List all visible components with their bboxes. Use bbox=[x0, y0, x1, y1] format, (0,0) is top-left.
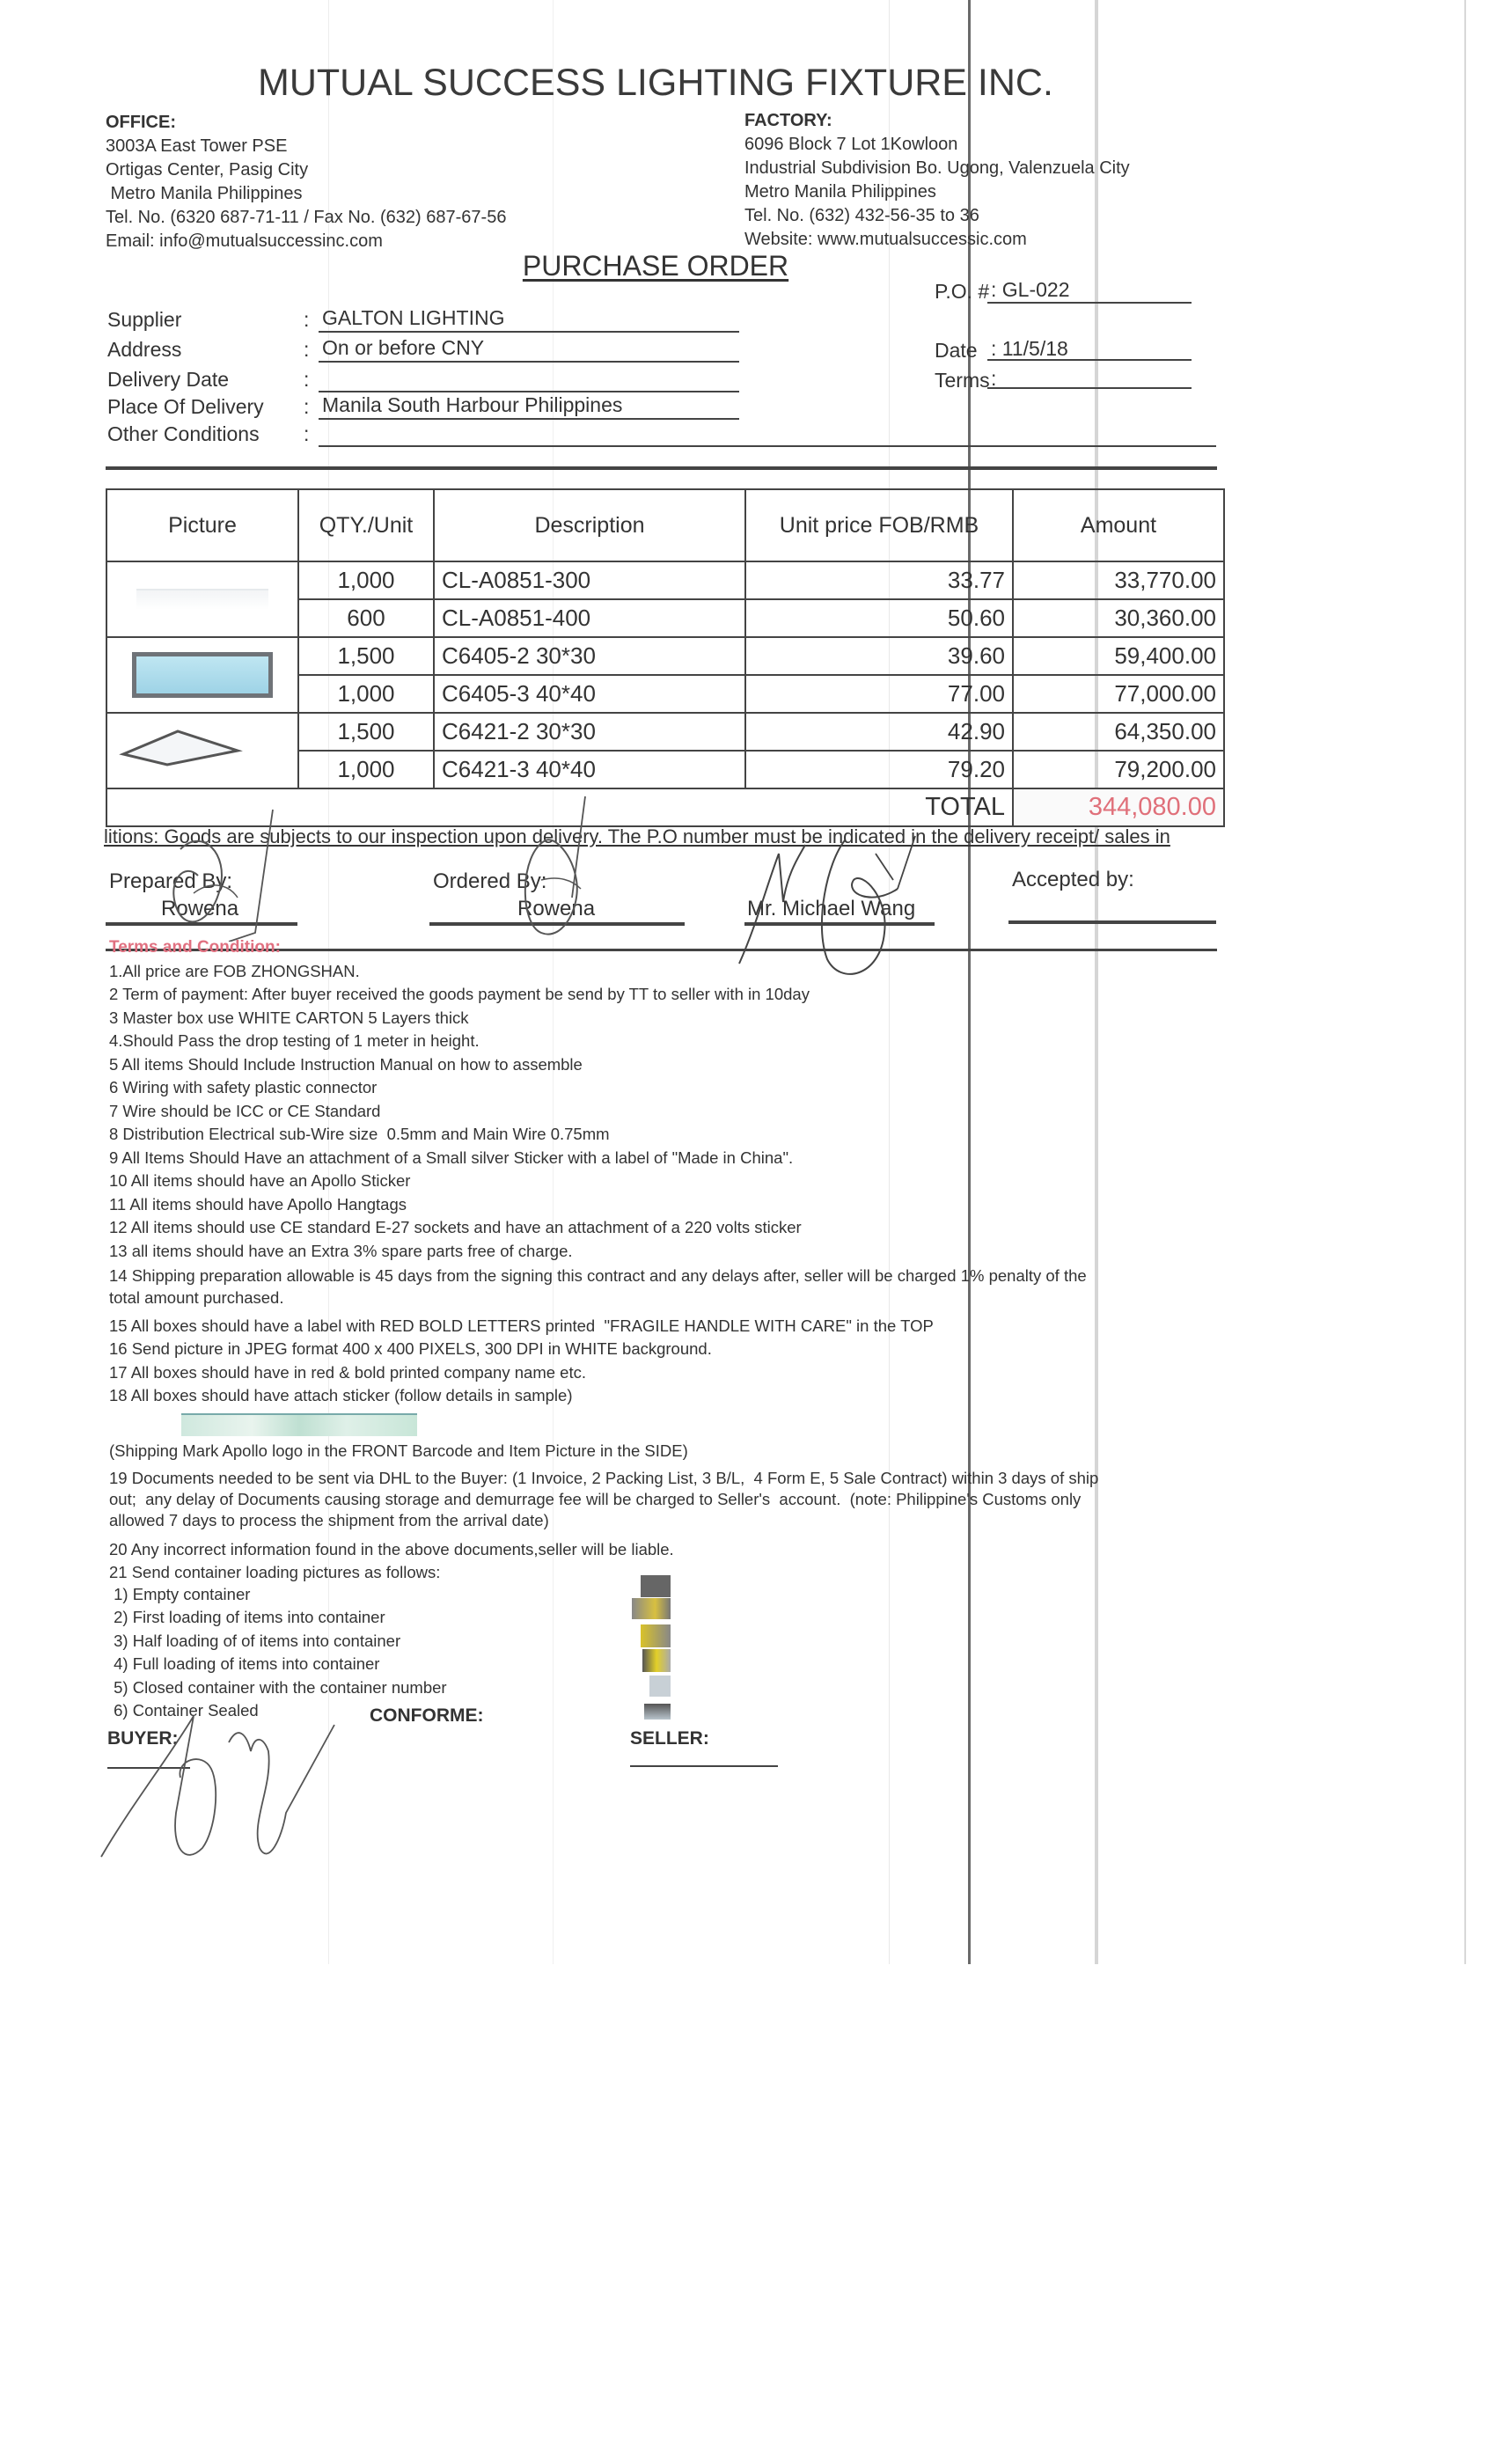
total-value: 344,080.00 bbox=[1013, 788, 1224, 826]
amount-cell: 64,350.00 bbox=[1013, 713, 1224, 751]
qty-cell: 1,000 bbox=[298, 561, 434, 599]
term-item: 3 Master box use WHITE CARTON 5 Layers t… bbox=[109, 1007, 1098, 1030]
description-cell: C6405-3 40*40 bbox=[434, 675, 745, 713]
prepared-by-line bbox=[106, 922, 297, 926]
factory-line: Tel. No. (632) 432-56-35 to 36 bbox=[744, 204, 1130, 228]
factory-line: 6096 Block 7 Lot 1Kowloon bbox=[744, 133, 1130, 157]
column-header-qty: QTY./Unit bbox=[298, 489, 434, 561]
office-line: 3003A East Tower PSE bbox=[106, 135, 506, 158]
factory-line: Industrial Subdivision Bo. Ugong, Valenz… bbox=[744, 157, 1130, 180]
date-value: : 11/5/18 bbox=[991, 337, 1068, 361]
shipping-mark-note: (Shipping Mark Apollo logo in the FRONT … bbox=[109, 1440, 1098, 1463]
field-value: Manila South Harbour Philippines bbox=[322, 393, 622, 417]
term-item: 2 Term of payment: After buyer received … bbox=[109, 983, 1098, 1007]
amount-cell: 77,000.00 bbox=[1013, 675, 1224, 713]
accepted-by-line bbox=[1008, 920, 1216, 924]
term-item: 6 Wiring with safety plastic connector bbox=[109, 1076, 1098, 1100]
items-table: Picture QTY./Unit Description Unit price… bbox=[106, 488, 1225, 827]
factory-line: Website: www.mutualsuccessic.com bbox=[744, 228, 1130, 252]
seller-label: SELLER: bbox=[630, 1728, 709, 1749]
picture-cell bbox=[106, 561, 298, 637]
field-underline bbox=[319, 361, 739, 363]
field-colon: : bbox=[304, 395, 309, 419]
term-item: 18 All boxes should have attach sticker … bbox=[109, 1384, 1098, 1408]
shipping-mark-image-row bbox=[109, 1408, 1098, 1440]
description-cell: CL-A0851-300 bbox=[434, 561, 745, 599]
factory-line: Metro Manila Philippines bbox=[744, 180, 1130, 204]
description-cell: C6405-2 30*30 bbox=[434, 637, 745, 675]
term-item-19-line: out; any delay of Documents causing stor… bbox=[109, 1489, 1098, 1510]
po-number-underline bbox=[987, 302, 1192, 304]
terms-heading: Terms and Condition: bbox=[109, 936, 1098, 960]
date-label: Date bbox=[935, 339, 978, 363]
loading-step: 2) First loading of items into container bbox=[109, 1606, 1098, 1630]
date-underline bbox=[987, 359, 1192, 361]
term-item: 10 All items should have an Apollo Stick… bbox=[109, 1170, 1098, 1193]
ordered-by-label: Ordered By: bbox=[433, 869, 546, 894]
loading-step: 1) Empty container bbox=[109, 1583, 1098, 1607]
column-header-amount: Amount bbox=[1013, 489, 1224, 561]
factory-heading: FACTORY: bbox=[744, 109, 1130, 133]
qty-cell: 1,000 bbox=[298, 751, 434, 788]
field-label: Supplier bbox=[107, 308, 181, 332]
office-heading: OFFICE: bbox=[106, 111, 506, 135]
term-item-19-line: allowed 7 days to process the shipment f… bbox=[109, 1510, 1098, 1531]
container-loading-images bbox=[632, 1575, 676, 1732]
loading-step: 5) Closed container with the container n… bbox=[109, 1676, 1098, 1700]
seller-signature-line bbox=[630, 1765, 778, 1767]
factory-block: FACTORY: 6096 Block 7 Lot 1Kowloon Indus… bbox=[744, 109, 1130, 252]
amount-cell: 33,770.00 bbox=[1013, 561, 1224, 599]
field-value: On or before CNY bbox=[322, 336, 484, 360]
total-row: TOTAL 344,080.00 bbox=[106, 788, 1224, 826]
amount-cell: 59,400.00 bbox=[1013, 637, 1224, 675]
terms-label: Terms bbox=[935, 369, 990, 392]
description-cell: CL-A0851-400 bbox=[434, 599, 745, 637]
field-underline bbox=[319, 418, 739, 420]
approver-name: Mr. Michael Wang bbox=[747, 897, 915, 921]
field-colon: : bbox=[304, 338, 309, 362]
term-item: 4.Should Pass the drop testing of 1 mete… bbox=[109, 1030, 1098, 1053]
term-item: 15 All boxes should have a label with RE… bbox=[109, 1315, 1098, 1338]
total-label: TOTAL bbox=[106, 788, 1013, 826]
term-item: 11 All items should have Apollo Hangtags bbox=[109, 1193, 1098, 1217]
term-item: 9 All Items Should Have an attachment of… bbox=[109, 1147, 1098, 1170]
table-row: 1,500C6421-2 30*3042.9064,350.00 bbox=[106, 713, 1224, 751]
field-label: Place Of Delivery bbox=[107, 395, 264, 419]
field-label: Delivery Date bbox=[107, 368, 229, 392]
document-title: PURCHASE ORDER bbox=[0, 250, 1311, 282]
prepared-by-name: Rowena bbox=[161, 897, 238, 921]
field-underline bbox=[319, 391, 739, 392]
term-item: 16 Send picture in JPEG format 400 x 400… bbox=[109, 1338, 1098, 1361]
column-header-description: Description bbox=[434, 489, 745, 561]
unit-price-cell: 79.20 bbox=[745, 751, 1013, 788]
field-underline bbox=[319, 331, 739, 333]
approver-line bbox=[744, 922, 935, 926]
amount-cell: 30,360.00 bbox=[1013, 599, 1224, 637]
term-item-19-line: 19 Documents needed to be sent via DHL t… bbox=[109, 1468, 1098, 1489]
field-colon: : bbox=[304, 368, 309, 392]
company-name: MUTUAL SUCCESS LIGHTING FIXTURE INC. bbox=[0, 62, 1311, 105]
square-panel-light-image bbox=[132, 652, 273, 698]
qty-cell: 1,000 bbox=[298, 675, 434, 713]
picture-cell bbox=[106, 637, 298, 713]
term-item-21: 21 Send container loading pictures as fo… bbox=[109, 1562, 1098, 1583]
table-row: 1,000CL-A0851-30033.7733,770.00 bbox=[106, 561, 1224, 599]
table-row: 1,500C6405-2 30*3039.6059,400.00 bbox=[106, 637, 1224, 675]
loading-step: 4) Full loading of items into container bbox=[109, 1653, 1098, 1676]
office-line: Tel. No. (6320 687-71-11 / Fax No. (632)… bbox=[106, 206, 506, 230]
flat-panel-light-image bbox=[136, 589, 268, 610]
qty-cell: 600 bbox=[298, 599, 434, 637]
office-line: Ortigas Center, Pasig City bbox=[106, 158, 506, 182]
unit-price-cell: 50.60 bbox=[745, 599, 1013, 637]
qty-cell: 1,500 bbox=[298, 637, 434, 675]
description-cell: C6421-2 30*30 bbox=[434, 713, 745, 751]
field-colon: : bbox=[304, 422, 309, 446]
term-item-14: 14 Shipping preparation allowable is 45 … bbox=[109, 1265, 1098, 1308]
ordered-by-name: Rowena bbox=[517, 897, 595, 921]
field-label: Address bbox=[107, 338, 181, 362]
term-item-20: 20 Any incorrect information found in th… bbox=[109, 1538, 1098, 1562]
office-block: OFFICE: 3003A East Tower PSE Ortigas Cen… bbox=[106, 111, 506, 253]
column-header-picture: Picture bbox=[106, 489, 298, 561]
amount-cell: 79,200.00 bbox=[1013, 751, 1224, 788]
po-number-label: P.O. # bbox=[935, 280, 989, 304]
conforme-label: CONFORME: bbox=[370, 1705, 484, 1727]
section-divider bbox=[106, 466, 1217, 470]
terms-underline bbox=[987, 387, 1192, 389]
term-item-14-line: 14 Shipping preparation allowable is 45 … bbox=[109, 1265, 1098, 1288]
term-item: 12 All items should use CE standard E-27… bbox=[109, 1216, 1098, 1240]
other-conditions-underline bbox=[319, 445, 1216, 447]
term-item: 1.All price are FOB ZHONGSHAN. bbox=[109, 960, 1098, 984]
terms-section: Terms and Condition: 1.All price are FOB… bbox=[109, 936, 1098, 1723]
qty-cell: 1,500 bbox=[298, 713, 434, 751]
ceiling-panel-light-image bbox=[114, 726, 290, 776]
term-item: 13 all items should have an Extra 3% spa… bbox=[109, 1240, 1098, 1264]
term-item: 8 Distribution Electrical sub-Wire size … bbox=[109, 1123, 1098, 1147]
table-header-row: Picture QTY./Unit Description Unit price… bbox=[106, 489, 1224, 561]
conditions-note: litions: Goods are subjects to our inspe… bbox=[104, 825, 1170, 848]
loading-step: 6) Container Sealed bbox=[109, 1699, 1098, 1723]
buyer-signature-line bbox=[107, 1767, 190, 1769]
shipping-mark-sample-image bbox=[181, 1413, 417, 1436]
scan-line-faint bbox=[1464, 0, 1466, 1964]
loading-step: 3) Half loading of of items into contain… bbox=[109, 1630, 1098, 1654]
column-header-unit-price: Unit price FOB/RMB bbox=[745, 489, 1013, 561]
description-cell: C6421-3 40*40 bbox=[434, 751, 745, 788]
accepted-by-label: Accepted by: bbox=[1012, 868, 1134, 892]
unit-price-cell: 77.00 bbox=[745, 675, 1013, 713]
field-colon: : bbox=[304, 308, 309, 332]
office-line: Metro Manila Philippines bbox=[106, 182, 506, 206]
term-item: 17 All boxes should have in red & bold p… bbox=[109, 1361, 1098, 1385]
unit-price-cell: 42.90 bbox=[745, 713, 1013, 751]
prepared-by-label: Prepared By: bbox=[109, 869, 232, 894]
picture-cell bbox=[106, 713, 298, 788]
field-value: GALTON LIGHTING bbox=[322, 306, 504, 330]
unit-price-cell: 39.60 bbox=[745, 637, 1013, 675]
term-item-14-line: total amount purchased. bbox=[109, 1288, 1098, 1308]
unit-price-cell: 33.77 bbox=[745, 561, 1013, 599]
term-item: 7 Wire should be ICC or CE Standard bbox=[109, 1100, 1098, 1124]
term-item: 5 All items Should Include Instruction M… bbox=[109, 1053, 1098, 1077]
ordered-by-line bbox=[429, 922, 685, 926]
po-number-value: : GL-022 bbox=[991, 278, 1070, 302]
buyer-label: BUYER: bbox=[107, 1728, 179, 1749]
field-label: Other Conditions bbox=[107, 422, 260, 446]
